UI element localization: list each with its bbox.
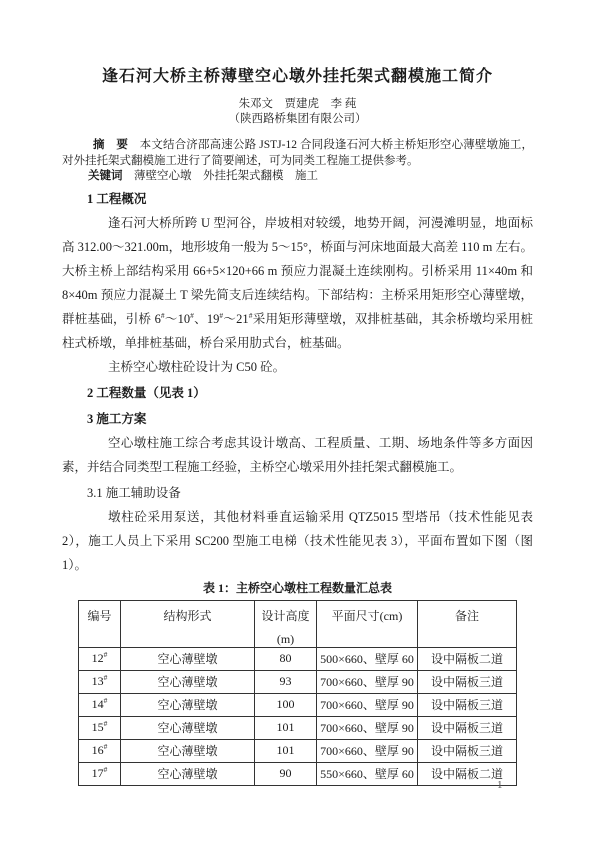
cell-form: 空心薄壁墩 — [121, 762, 255, 785]
cell-no: 16# — [79, 739, 121, 762]
header-cell-form: 结构形式 — [121, 600, 255, 647]
cell-no: 15# — [79, 716, 121, 739]
table-row: 16# 空心薄壁墩 101 700×660、壁厚 90 设中隔板三道 — [79, 739, 517, 762]
table-caption: 表 1：主桥空心墩柱工程数量汇总表 — [62, 580, 533, 597]
cell-plan: 700×660、壁厚 90 — [317, 670, 418, 693]
keywords-label: 关键词 — [88, 170, 123, 182]
header-cell-plan: 平面尺寸(cm) — [317, 600, 418, 647]
cell-plan: 550×660、壁厚 60 — [317, 762, 418, 785]
pier-id: 15 — [92, 720, 104, 734]
abstract-block: 摘 要 本文结合济邵高速公路 JSTJ-12 合同段逢石河大桥主桥矩形空心薄壁墩… — [62, 138, 533, 185]
cell-plan: 700×660、壁厚 90 — [317, 739, 418, 762]
section-1-paragraph-1: 逢石河大桥所跨 U 型河谷，岸坡相对较缓，地势开阔，河漫滩明显，地面标高 312… — [62, 211, 533, 355]
header-height-line2: (m) — [257, 632, 314, 647]
pier-id: 12 — [92, 651, 104, 665]
document-page: { "header": { "title": "逢石河大桥主桥薄壁空心墩外挂托架… — [0, 0, 595, 842]
paragraph-text: 、19 — [194, 312, 220, 326]
cell-no: 17# — [79, 762, 121, 785]
cell-plan: 500×660、壁厚 60 — [317, 647, 418, 670]
pier-number-superscript: # — [104, 719, 108, 728]
page-number: 1 — [497, 779, 503, 791]
section-heading-3: 3 施工方案 — [62, 407, 533, 431]
section-heading-2: 2 工程数量（见表 1） — [62, 381, 533, 405]
table-row: 14# 空心薄壁墩 100 700×660、壁厚 90 设中隔板三道 — [79, 693, 517, 716]
pier-number-superscript: # — [104, 673, 108, 682]
keywords-line: 关键词 薄壁空心墩 外挂托架式翻模 施工 — [62, 169, 533, 185]
cell-note: 设中隔板二道 — [418, 647, 517, 670]
cell-height: 100 — [255, 693, 317, 716]
paper-page: 逢石河大桥主桥薄壁空心墩外挂托架式翻模施工简介 朱邓文 贾建虎 李 莼 （陕西路… — [0, 0, 595, 842]
cell-form: 空心薄壁墩 — [121, 670, 255, 693]
paragraph-text: ～10 — [165, 312, 191, 326]
header-height-line1: 设计高度 — [257, 607, 314, 624]
authors-line: 朱邓文 贾建虎 李 莼 — [62, 97, 533, 112]
cell-form: 空心薄壁墩 — [121, 716, 255, 739]
section-heading-3-1: 3.1 施工辅助设备 — [62, 481, 533, 505]
affiliation-line: （陕西路桥集团有限公司） — [62, 112, 533, 127]
abstract-label: 摘 要 — [93, 139, 128, 151]
abstract-text: 本文结合济邵高速公路 JSTJ-12 合同段逢石河大桥主桥矩形空心薄壁墩施工，对… — [62, 139, 533, 167]
pier-id: 16 — [92, 743, 104, 757]
cell-height: 101 — [255, 739, 317, 762]
table-row: 13# 空心薄壁墩 93 700×660、壁厚 90 设中隔板三道 — [79, 670, 517, 693]
table-row: 17# 空心薄壁墩 90 550×660、壁厚 60 设中隔板二道 — [79, 762, 517, 785]
keywords-text: 薄壁空心墩 外挂托架式翻模 施工 — [134, 170, 318, 182]
summary-table: 编号 结构形式 设计高度 (m) 平面尺寸(cm) 备注 12# 空心薄壁墩 8… — [78, 600, 517, 786]
cell-form: 空心薄壁墩 — [121, 693, 255, 716]
cell-height: 93 — [255, 670, 317, 693]
header-cell-no: 编号 — [79, 600, 121, 647]
cell-plan: 700×660、壁厚 90 — [317, 716, 418, 739]
cell-note: 设中隔板三道 — [418, 670, 517, 693]
paragraph-text: 逢石河大桥所跨 U 型河谷，岸坡相对较缓，地势开阔，河漫滩明显，地面标高 312… — [62, 216, 533, 326]
cell-plan: 700×660、壁厚 90 — [317, 693, 418, 716]
section-3-paragraph-1: 空心墩柱施工综合考虑其设计墩高、工程质量、工期、场地条件等多方面因素，并结合同类… — [62, 431, 533, 479]
cell-height: 80 — [255, 647, 317, 670]
abstract-paragraph: 摘 要 本文结合济邵高速公路 JSTJ-12 合同段逢石河大桥主桥矩形空心薄壁墩… — [62, 138, 533, 169]
pier-number-superscript: # — [104, 742, 108, 751]
cell-no: 14# — [79, 693, 121, 716]
section-1-paragraph-2: 主桥空心墩柱砼设计为 C50 砼。 — [62, 355, 533, 379]
pier-id: 14 — [92, 697, 104, 711]
pier-number-superscript: # — [104, 696, 108, 705]
cell-no: 12# — [79, 647, 121, 670]
pier-id: 13 — [92, 674, 104, 688]
cell-note: 设中隔板三道 — [418, 739, 517, 762]
header-cell-note: 备注 — [418, 600, 517, 647]
pier-id: 17 — [92, 766, 104, 780]
pier-number-superscript: # — [104, 650, 108, 659]
cell-height: 90 — [255, 762, 317, 785]
paragraph-text: ～21 — [223, 312, 249, 326]
cell-note: 设中隔板三道 — [418, 693, 517, 716]
cell-height: 101 — [255, 716, 317, 739]
section-heading-1: 1 工程概况 — [62, 187, 533, 211]
pier-number-superscript: # — [104, 765, 108, 774]
cell-form: 空心薄壁墩 — [121, 647, 255, 670]
table-row: 12# 空心薄壁墩 80 500×660、壁厚 60 设中隔板二道 — [79, 647, 517, 670]
table-header-row: 编号 结构形式 设计高度 (m) 平面尺寸(cm) 备注 — [79, 600, 517, 647]
cell-note: 设中隔板三道 — [418, 716, 517, 739]
section-3-1-paragraph-1: 墩柱砼采用泵送，其他材料垂直运输采用 QTZ5015 型塔吊（技术性能见表 2）… — [62, 505, 533, 577]
table-row: 15# 空心薄壁墩 101 700×660、壁厚 90 设中隔板三道 — [79, 716, 517, 739]
cell-no: 13# — [79, 670, 121, 693]
header-cell-height: 设计高度 (m) — [255, 600, 317, 647]
cell-form: 空心薄壁墩 — [121, 739, 255, 762]
page-title: 逢石河大桥主桥薄壁空心墩外挂托架式翻模施工简介 — [62, 66, 533, 88]
